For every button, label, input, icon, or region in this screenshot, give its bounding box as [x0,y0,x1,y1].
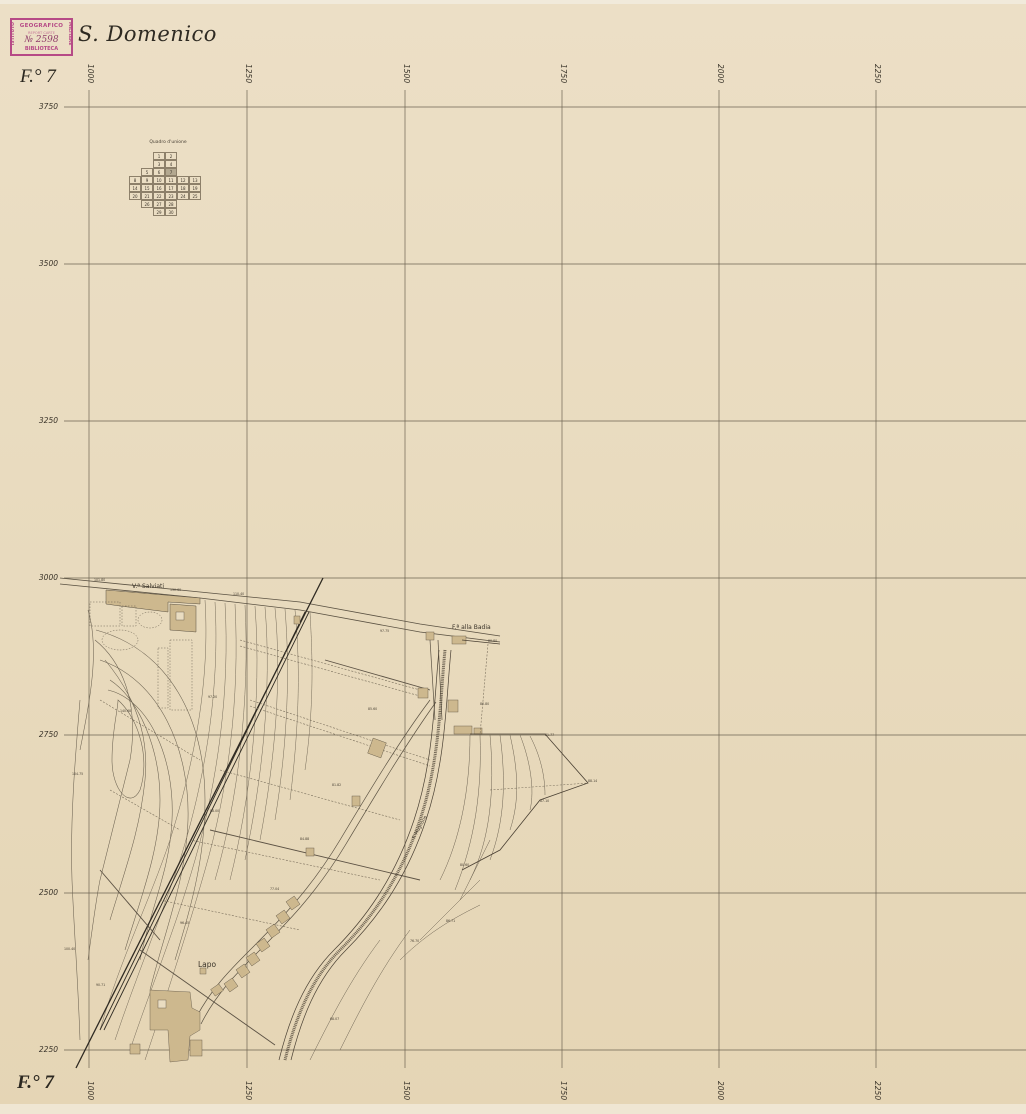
index-cell: 30 [165,208,177,216]
x-tick-label-bottom: 1250 [244,1081,253,1100]
svg-text:130.60: 130.60 [170,588,181,592]
y-tick-label: 3750 [34,102,58,111]
map-features: 101.80 130.60 110.40 97.75 80.80 140.68 … [60,578,597,1068]
svg-text:87.10: 87.10 [540,799,549,803]
index-cell: 2 [165,152,177,160]
stamp-right-text: MILITARE [67,22,72,45]
svg-text:97.20: 97.20 [208,695,217,699]
x-tick-label-top: 2250 [873,64,882,83]
stamp-bottom-text: BIBLIOTECA [12,46,71,52]
svg-text:80.60: 80.60 [460,863,469,867]
index-cell: 19 [189,184,201,192]
x-tick-label-top: 1750 [559,64,568,83]
map-sheet: 101.80 130.60 110.40 97.75 80.80 140.68 … [0,0,1026,1114]
index-cell: 15 [141,184,153,192]
index-cell: 5 [141,168,153,176]
index-cell: 25 [189,192,201,200]
x-tick-label-top: 2000 [716,64,725,83]
coordinate-grid [64,90,1026,1068]
svg-text:90.71: 90.71 [96,983,105,987]
svg-text:88.14: 88.14 [588,779,597,783]
x-tick-label-bottom: 2250 [873,1081,882,1100]
index-cell: 14 [129,184,141,192]
sheet-number-bottom: F.° 7 [17,1072,54,1094]
x-tick-label-bottom: 2000 [716,1081,725,1100]
library-stamp: ISTITUTO GEOGRAFICO REPORT CARTE № 2598 … [10,18,73,56]
index-cell: 23 [165,192,177,200]
svg-text:101.80: 101.80 [94,578,105,582]
index-cell: 13 [189,176,201,184]
index-cell-current-sheet: 7 [165,168,177,176]
index-cell: 8 [129,176,141,184]
index-cell: 10 [153,176,165,184]
svg-text:76.70: 76.70 [410,939,419,943]
index-cell: 11 [165,176,177,184]
svg-text:97.75: 97.75 [380,629,389,633]
svg-text:84.88: 84.88 [300,837,309,841]
index-cell: 29 [153,208,165,216]
svg-text:100.40: 100.40 [64,947,75,951]
svg-text:85.60: 85.60 [368,707,377,711]
svg-text:88.00: 88.00 [210,809,219,813]
x-tick-label-top: 1500 [402,64,411,83]
svg-text:140.68: 140.68 [120,709,131,713]
stamp-number: № 2598 [12,35,71,45]
svg-text:77.04: 77.04 [270,887,279,891]
svg-text:96.45: 96.45 [180,921,189,925]
label-lapo: Lapo [198,960,216,969]
sheet-number-top: F.° 7 [20,66,56,88]
index-cell: 3 [153,160,165,168]
x-tick-label-bottom: 1500 [402,1081,411,1100]
svg-text:80.80: 80.80 [480,702,489,706]
stamp-top-text: GEOGRAFICO [12,23,71,29]
y-tick-label: 3000 [34,573,58,582]
svg-text:81.77: 81.77 [545,733,554,737]
svg-text:81.82: 81.82 [332,783,341,787]
index-cell: 26 [141,200,153,208]
index-cell: 9 [141,176,153,184]
index-map-caption: Quadro d'unione [129,140,207,145]
index-cell: 1 [153,152,165,160]
svg-text:110.40: 110.40 [233,592,244,596]
svg-text:80.80: 80.80 [488,639,497,643]
index-cell: 17 [165,184,177,192]
y-tick-label: 3500 [34,259,58,268]
y-tick-label: 2750 [34,730,58,739]
index-cell: 20 [129,192,141,200]
index-cell: 6 [153,168,165,176]
svg-text:68.07: 68.07 [330,1017,339,1021]
index-cell: 24 [177,192,189,200]
index-cell: 16 [153,184,165,192]
index-cell: 18 [177,184,189,192]
x-tick-label-top: 1000 [86,64,95,83]
index-cell: 28 [165,200,177,208]
index-cell: 12 [177,176,189,184]
x-tick-label-bottom: 1000 [86,1081,95,1100]
index-cell: 4 [165,160,177,168]
svg-text:104.75: 104.75 [72,772,83,776]
y-tick-label: 2250 [34,1045,58,1054]
y-tick-label: 3250 [34,416,58,425]
label-fattoria-badia: F.ª alla Badia [452,624,491,631]
svg-text:86.71: 86.71 [446,919,455,923]
index-cell: 22 [153,192,165,200]
index-cell: 21 [141,192,153,200]
index-cell: 27 [153,200,165,208]
y-tick-label: 2500 [34,888,58,897]
label-villa-salviati: V.ª Salviati [132,583,164,590]
x-tick-label-top: 1250 [244,64,253,83]
x-tick-label-bottom: 1750 [559,1081,568,1100]
place-name-title: S. Domenico [78,22,217,46]
